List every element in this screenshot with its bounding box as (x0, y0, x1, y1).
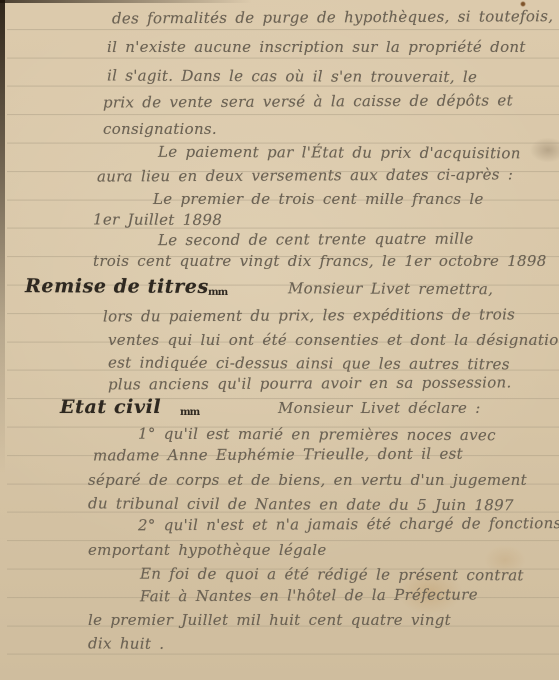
handwritten-text: En foi de quoi a été rédigé le présent c… (140, 565, 524, 585)
handwritten-text: trois cent quatre vingt dix francs, le 1… (93, 252, 547, 270)
handwritten-text: Le second de cent trente quatre mille (158, 230, 474, 250)
margin-heading: Etat civil (60, 396, 161, 418)
handwritten-text: Monsieur Livet remettra, (288, 279, 493, 298)
manuscript-line: Etat civilmmMonsieur Livet déclare : (0, 399, 559, 426)
handwritten-text: 2° qu'il n'est et n'a jamais été chargé … (138, 514, 559, 534)
handwritten-text: Fait à Nantes en l'hôtel de la Préfectur… (140, 585, 478, 605)
handwritten-text: emportant hypothèque légale (88, 541, 327, 559)
handwritten-text: Monsieur Livet déclare : (278, 399, 481, 417)
manuscript-line: prix de vente sera versé à la caisse de … (0, 91, 559, 121)
handwritten-text: il n'existe aucune inscription sur la pr… (107, 38, 526, 56)
manuscript-text-block: des formalités de purge de hypothèques, … (0, 0, 559, 680)
handwritten-text: Le premier de trois cent mille francs le (153, 190, 484, 208)
manuscript-line: des formalités de purge de hypothèques, … (0, 7, 559, 37)
handwritten-text: Le paiement par l'État du prix d'acquisi… (158, 143, 521, 163)
handwritten-text: séparé de corps et de biens, en vertu d'… (88, 471, 527, 489)
filler-mark: mm (208, 287, 227, 298)
handwritten-text: est indiquée ci-dessus ainsi que les aut… (108, 353, 510, 373)
handwritten-text: le premier Juillet mil huit cent quatre … (88, 611, 451, 629)
filler-mark: mm (180, 407, 199, 418)
handwritten-text: lors du paiement du prix, les expédition… (103, 305, 515, 325)
handwritten-text: aura lieu en deux versements aux dates c… (97, 165, 513, 185)
manuscript-line: dix huit . (0, 634, 559, 663)
manuscript-page: des formalités de purge de hypothèques, … (0, 0, 559, 680)
manuscript-line: madame Anne Euphémie Trieulle, dont il e… (0, 444, 559, 474)
handwritten-text: consignations. (103, 120, 217, 138)
margin-heading: Remise de titres (25, 275, 209, 298)
handwritten-text: 1er Juillet 1898 (93, 210, 222, 229)
handwritten-text: des formalités de purge de hypothèques, … (112, 7, 553, 27)
handwritten-text: 1° qu'il est marié en premières noces av… (138, 425, 496, 445)
manuscript-line: Remise de titresmmMonsieur Livet remettr… (0, 278, 559, 307)
manuscript-line: il n'existe aucune inscription sur la pr… (0, 38, 559, 65)
handwritten-text: il s'agit. Dans le cas où il s'en trouve… (107, 66, 477, 86)
handwritten-text: prix de vente sera versé à la caisse de … (103, 91, 513, 111)
handwritten-text: du tribunal civil de Nantes en date du 5… (88, 494, 514, 514)
manuscript-line: 2° qu'il n'est et n'a jamais été chargé … (0, 514, 559, 544)
handwritten-text: plus anciens qu'il pourra avoir en sa po… (108, 373, 512, 393)
handwritten-text: ventes qui lui ont été consenties et don… (108, 331, 559, 349)
handwritten-text: madame Anne Euphémie Trieulle, dont il e… (93, 445, 463, 465)
handwritten-text: dix huit . (88, 634, 164, 652)
